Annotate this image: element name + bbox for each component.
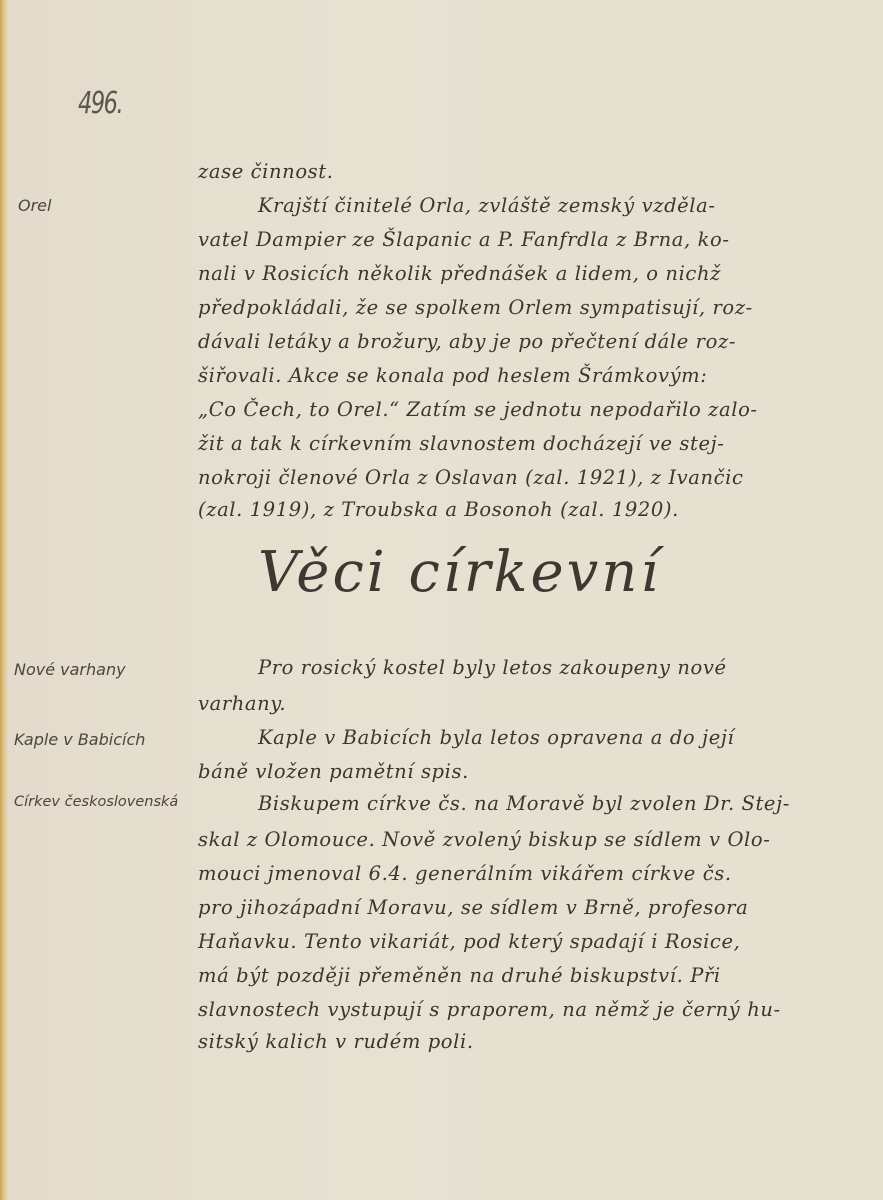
margin-note-cirkev: Církev československá [14, 794, 178, 810]
manuscript-page: 496. zase činnost. Orel Krajští činitelé… [0, 0, 883, 1200]
text-line: zase činnost. [198, 160, 334, 183]
text-line: skal z Olomouce. Nově zvolený biskup se … [198, 828, 770, 851]
text-line: sitský kalich v rudém poli. [198, 1030, 474, 1053]
text-line: dávali letáky a brožury, aby je po přečt… [198, 330, 736, 353]
text-line: má být později přeměněn na druhé biskups… [198, 964, 721, 987]
text-line: Haňavku. Tento vikariát, pod který spada… [198, 930, 740, 953]
text-line: pro jihozápadní Moravu, se sídlem v Brně… [198, 896, 748, 919]
text-line: šiřovali. Akce se konala pod heslem Šrám… [198, 364, 707, 387]
page-number: 496. [78, 86, 122, 121]
margin-note-varhany: Nové varhany [14, 660, 126, 679]
text-line: báně vložen pamětní spis. [198, 760, 469, 783]
text-line: vatel Dampier ze Šlapanic a P. Fanfrdla … [198, 228, 730, 251]
text-line: Biskupem církve čs. na Moravě byl zvolen… [258, 792, 790, 815]
text-line: Pro rosický kostel byly letos zakoupeny … [258, 656, 727, 679]
text-line: nali v Rosicích několik přednášek a lide… [198, 262, 721, 285]
section-heading: Věci církevní [258, 540, 661, 605]
text-line: Kaple v Babicích byla letos opravena a d… [258, 726, 734, 749]
text-line: mouci jmenoval 6.4. generálním vikářem c… [198, 862, 732, 885]
text-line: Krajští činitelé Orla, zvláště zemský vz… [258, 194, 716, 217]
text-line: předpokládali, že se spolkem Orlem sympa… [198, 296, 753, 319]
margin-note-kaple: Kaple v Babicích [14, 730, 145, 749]
text-line: (zal. 1919), z Troubska a Bosonoh (zal. … [198, 498, 679, 521]
text-line: nokroji členové Orla z Oslavan (zal. 192… [198, 466, 744, 489]
text-line: slavnostech vystupují s praporem, na něm… [198, 998, 781, 1021]
margin-note-orel: Orel [18, 196, 51, 215]
text-line: žit a tak k církevním slavnostem docháze… [198, 432, 724, 455]
text-line: „Co Čech, to Orel.“ Zatím se jednotu nep… [198, 398, 758, 421]
text-line: varhany. [198, 692, 286, 715]
